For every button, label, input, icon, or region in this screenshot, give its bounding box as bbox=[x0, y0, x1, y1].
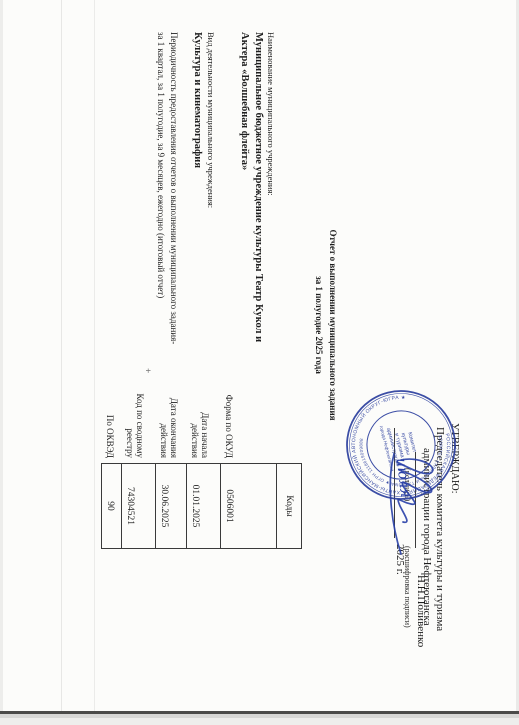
table-label-text: действия bbox=[190, 423, 200, 458]
table-value-registry-code: 74304521 bbox=[122, 464, 156, 548]
official-stamp: РОССИЙСКАЯ ФЕДЕРАЦИЯ ★ ХАНТЫ-МАНСИЙСКИЙ … bbox=[328, 372, 473, 517]
codes-table: Коды 0506001 01.01.2025 30.06.2025 74304… bbox=[101, 463, 302, 549]
activity-type-label: Вид деятельности муниципального учрежден… bbox=[206, 32, 216, 208]
table-label-text: действия bbox=[159, 423, 169, 458]
table-label-text: Форма по ОКУД bbox=[224, 395, 234, 458]
document-title: Отчет о выполнении муниципального задани… bbox=[312, 25, 340, 625]
table-label-end-date: Дата окончания действия bbox=[157, 320, 188, 458]
codes-table-header: Коды bbox=[277, 464, 301, 548]
table-label-registry-code: Код по сводному реестру bbox=[123, 320, 157, 458]
table-label-okved: По ОКВЭД bbox=[103, 320, 123, 458]
table-value-okved: 90 bbox=[102, 464, 122, 548]
table-label-start-date: Дата начала действия bbox=[188, 320, 222, 458]
screenshot-stage: УТВЕРЖДАЮ: Председатель комитета культур… bbox=[0, 0, 519, 725]
table-anchor-cross: + bbox=[143, 368, 153, 373]
org-name-value-line2: Актера «Волшебная флейта» bbox=[239, 32, 250, 170]
org-name-label: Наименование муниципального учреждения: bbox=[266, 32, 276, 196]
activity-type-value: Культура и кинематография bbox=[192, 32, 203, 168]
table-label-text: Дата начала bbox=[200, 412, 210, 458]
document-title-line2: за 1 полугодие 2025 года bbox=[312, 25, 326, 625]
org-name-value-line1: Муниципальное бюджетное учреждение культ… bbox=[253, 32, 264, 342]
scan-fold-line-2 bbox=[61, 0, 62, 712]
table-label-spacer bbox=[278, 320, 302, 458]
table-value-okud: 0506001 bbox=[221, 464, 277, 548]
page-edge-outer bbox=[0, 718, 519, 725]
table-label-text: Дата окончания bbox=[169, 398, 179, 458]
table-label-text: Код по сводному bbox=[135, 393, 145, 458]
table-value-end-date: 30.06.2025 bbox=[156, 464, 187, 548]
document-title-line1: Отчет о выполнении муниципального задани… bbox=[326, 25, 340, 625]
periodicity-line2: за 1 квартал, за 1 полугодие, за 9 месяц… bbox=[156, 32, 166, 298]
periodicity-line1: Периодичность предоставления отчетов о в… bbox=[169, 32, 179, 344]
scanned-document-page: УТВЕРЖДАЮ: Председатель комитета культур… bbox=[0, 0, 519, 725]
table-value-start-date: 01.01.2025 bbox=[187, 464, 221, 548]
scan-edge-bottom bbox=[0, 0, 3, 725]
signee-name: Н.Н.Поливенко bbox=[415, 575, 427, 647]
codes-table-labels: Форма по ОКУД Дата начала действия Дата … bbox=[103, 320, 302, 458]
table-label-okud: Форма по ОКУД bbox=[222, 320, 278, 458]
table-label-text: реестру bbox=[125, 428, 135, 458]
scan-fold-line-1 bbox=[94, 0, 95, 712]
table-label-text: По ОКВЭД bbox=[105, 415, 115, 458]
